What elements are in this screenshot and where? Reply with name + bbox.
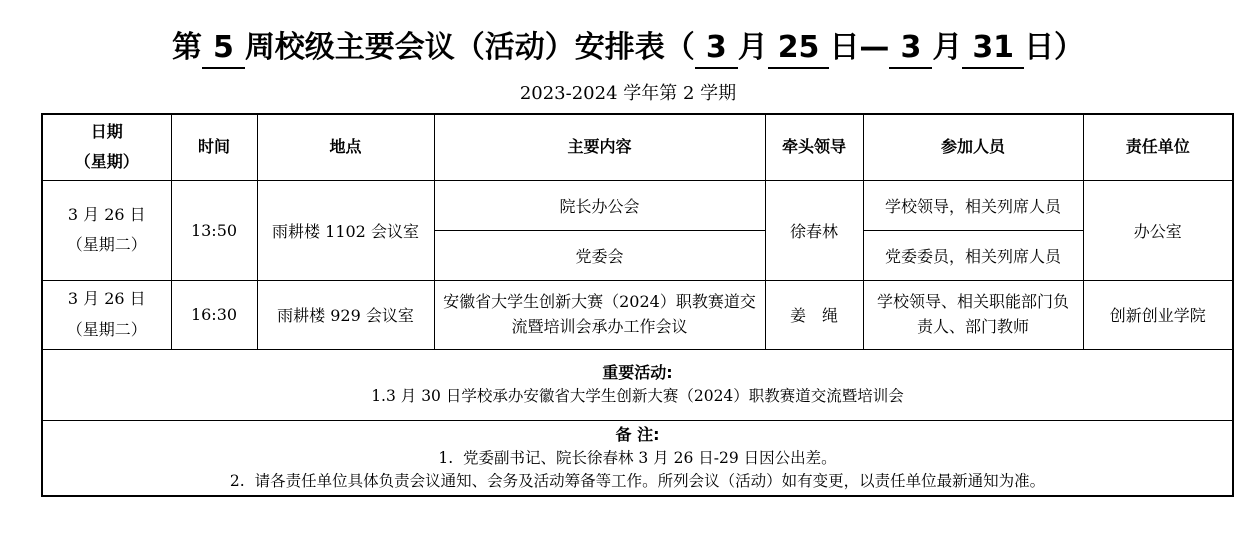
row1-participants-b: 党委委员，相关列席人员 — [863, 230, 1083, 280]
row1-leader: 徐春林 — [765, 180, 863, 280]
header-leader: 牵头领导 — [765, 114, 863, 180]
row1-location: 雨耕楼 1102 会议室 — [257, 180, 434, 280]
header-row: 日期 （星期） 时间 地点 主要内容 牵头领导 参加人员 责任单位 — [42, 114, 1233, 180]
title-week-blank: 5 — [202, 31, 245, 69]
row2-leader: 姜 绳 — [765, 280, 863, 349]
important-activities-row: 重要活动: 1.3 月 30 日学校承办安徽省大学生创新大赛（2024）职教赛道… — [42, 349, 1233, 420]
title-yue2: 月 — [932, 30, 962, 65]
schedule-table: 日期 （星期） 时间 地点 主要内容 牵头领导 参加人员 责任单位 3 月 26… — [41, 113, 1234, 497]
note-item-2: 2. 请各责任单位具体负责会议通知、会务及活动筹备等工作。所列会议（活动）如有变… — [49, 470, 1226, 493]
header-participants: 参加人员 — [863, 114, 1083, 180]
row1-participants-a: 学校领导，相关列席人员 — [863, 180, 1083, 230]
row2-date: 3 月 26 日 （星期二） — [42, 280, 171, 349]
document-page: 第5周校级主要会议（活动）安排表（3月25日—3月31日） 2023-2024 … — [0, 0, 1256, 543]
semester-subtitle: 2023-2024 学年第 2 学期 — [0, 79, 1256, 105]
table-row-1a: 3 月 26 日 （星期二） 13:50 雨耕楼 1102 会议室 院长办公会 … — [42, 180, 1233, 230]
title-day2-blank: 31 — [962, 31, 1024, 69]
row1-unit: 办公室 — [1083, 180, 1233, 280]
header-content: 主要内容 — [434, 114, 765, 180]
important-activities-cell: 重要活动: 1.3 月 30 日学校承办安徽省大学生创新大赛（2024）职教赛道… — [42, 349, 1233, 420]
table-row-2: 3 月 26 日 （星期二） 16:30 雨耕楼 929 会议室 安徽省大学生创… — [42, 280, 1233, 349]
row2-time: 16:30 — [171, 280, 257, 349]
row1-date-line1: 3 月 26 日 — [49, 200, 165, 230]
header-unit: 责任单位 — [1083, 114, 1233, 180]
note-item-1: 1. 党委副书记、院长徐春林 3 月 26 日-29 日因公出差。 — [49, 447, 1226, 470]
header-time: 时间 — [171, 114, 257, 180]
header-date: 日期 （星期） — [42, 114, 171, 180]
row2-participants: 学校领导、相关职能部门负责人、部门教师 — [863, 280, 1083, 349]
row2-location: 雨耕楼 929 会议室 — [257, 280, 434, 349]
header-date-line1: 日期 — [49, 117, 165, 147]
title-month2-blank: 3 — [889, 31, 932, 69]
page-title: 第5周校级主要会议（活动）安排表（3月25日—3月31日） — [0, 22, 1256, 69]
row1-time: 13:50 — [171, 180, 257, 280]
row1-content-b: 党委会 — [434, 230, 765, 280]
header-location: 地点 — [257, 114, 434, 180]
title-prefix: 第 — [172, 30, 202, 65]
important-activities-title: 重要活动: — [49, 361, 1226, 385]
row2-unit: 创新创业学院 — [1083, 280, 1233, 349]
notes-cell: 备 注: 1. 党委副书记、院长徐春林 3 月 26 日-29 日因公出差。 2… — [42, 420, 1233, 496]
row1-content-a: 院长办公会 — [434, 180, 765, 230]
row2-date-line1: 3 月 26 日 — [49, 284, 165, 314]
row1-date: 3 月 26 日 （星期二） — [42, 180, 171, 280]
title-month1-blank: 3 — [695, 31, 738, 69]
row2-content: 安徽省大学生创新大赛（2024）职教赛道交流暨培训会承办工作会议 — [434, 280, 765, 349]
title-suffix: 日） — [1024, 30, 1084, 65]
notes-row: 备 注: 1. 党委副书记、院长徐春林 3 月 26 日-29 日因公出差。 2… — [42, 420, 1233, 496]
important-activity-item: 1.3 月 30 日学校承办安徽省大学生创新大赛（2024）职教赛道交流暨培训会 — [49, 385, 1226, 408]
title-dash: 日— — [829, 30, 889, 65]
title-yue1: 月 — [738, 30, 768, 65]
title-day1-blank: 25 — [768, 31, 830, 69]
title-middle: 周校级主要会议（活动）安排表（ — [245, 30, 695, 65]
notes-title: 备 注: — [49, 423, 1226, 447]
row2-date-line2: （星期二） — [49, 315, 165, 345]
row1-date-line2: （星期二） — [49, 230, 165, 260]
header-date-line2: （星期） — [49, 147, 165, 177]
